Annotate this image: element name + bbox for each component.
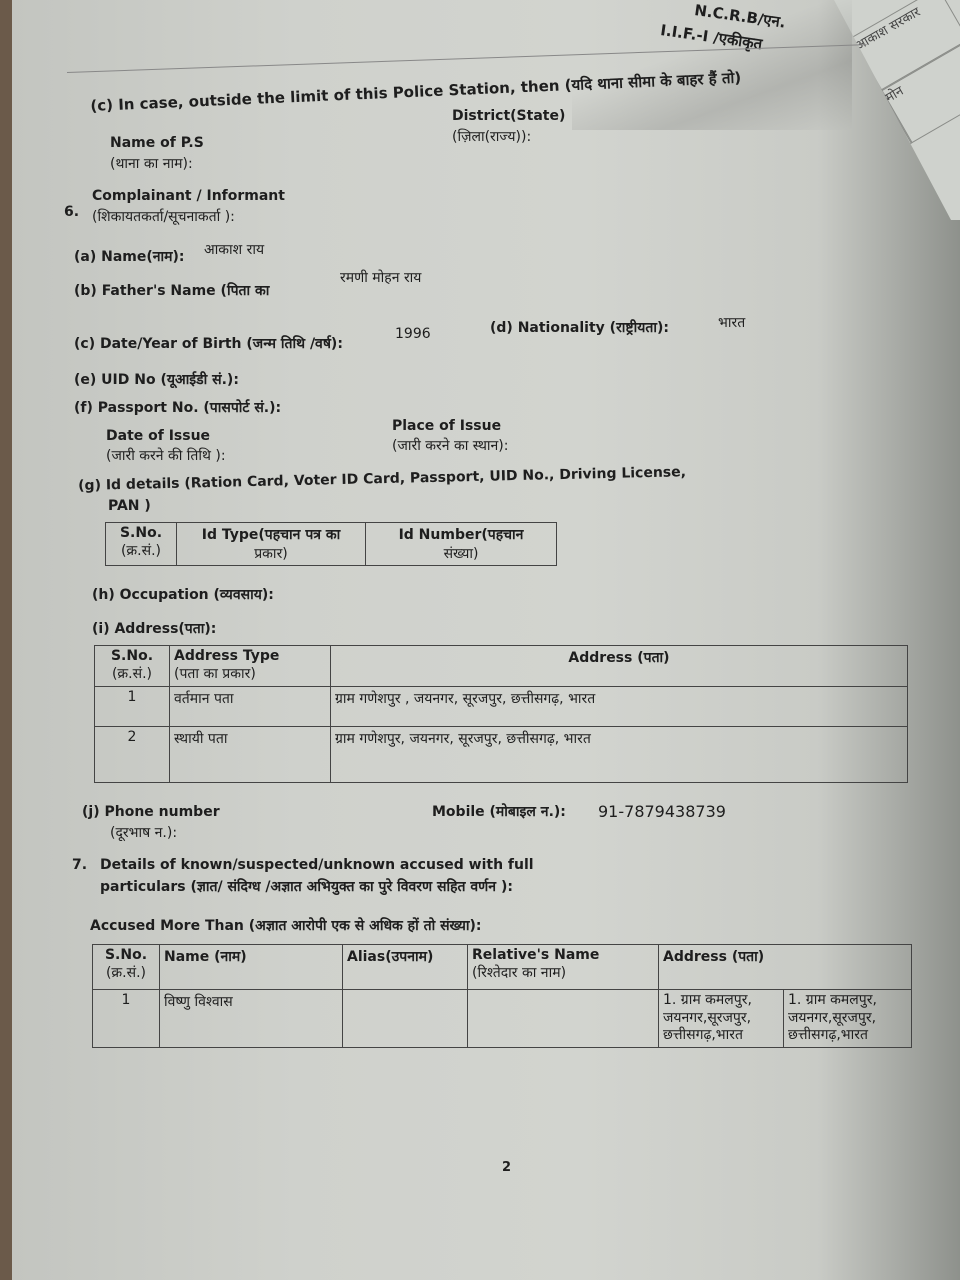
document-page: 2 3 आकाश सरकार मोन N.C.R.B/एन. I.I.F.-I … [12, 0, 960, 1280]
header-en: Address Type [174, 648, 326, 664]
header-en: S.No. [97, 947, 155, 963]
under-cell-text: मोन [883, 84, 906, 106]
page-number: 2 [502, 1160, 511, 1175]
header-en: Address (पता) [335, 648, 903, 667]
accused-col-alias: Alias(उपनाम) [343, 945, 468, 990]
header-en: Name (नाम) [164, 947, 338, 966]
id-col-sno: S.No.(क्र.सं.) [106, 523, 177, 566]
accused-address-1: 1. ग्राम कमलपुर, जयनगर,सूरजपुर, छत्तीसगढ… [659, 990, 784, 1048]
accused-col-sno: S.No.(क्र.सं.) [93, 945, 160, 990]
header-hi: संख्या) [370, 544, 552, 563]
table-row: 2 स्थायी पता ग्राम गणेशपुर, जयनगर, सूरजप… [95, 727, 908, 783]
accused-alias [343, 990, 468, 1048]
accused-name: विष्णु विश्वास [160, 990, 343, 1048]
ps-name-label-hi: (थाना का नाम): [110, 154, 193, 173]
place-issue-label-hi: (जारी करने का स्थान): [392, 436, 509, 455]
section-7-title-2: particulars (ज्ञात/ संदिग्ध /अज्ञात अभिय… [100, 877, 513, 896]
table-row: 1 वर्तमान पता ग्राम गणेशपुर , जयनगर, सूर… [95, 687, 908, 727]
phone-label-hi: (दूरभाष न.): [110, 823, 177, 842]
header-hi: प्रकार) [181, 544, 361, 563]
header-en: Alias(उपनाम) [347, 947, 463, 966]
section-7-title: Details of known/suspected/unknown accus… [100, 857, 534, 873]
section-c-label: (c) In case, outside the limit of this P… [90, 68, 742, 116]
header-rule [67, 44, 867, 73]
header-en: Relative's Name [472, 947, 654, 963]
accused-more-label: Accused More Than (अज्ञात आरोपी एक से अध… [90, 916, 482, 935]
father-name-label: (b) Father's Name (पिता का [74, 281, 269, 300]
accused-col-name: Name (नाम) [160, 945, 343, 990]
ps-name-label: Name of P.S [110, 135, 204, 151]
district-label-hi: (ज़िला(राज्य)): [452, 127, 531, 146]
header-hi: (क्र.सं.) [97, 963, 155, 982]
under-cell-text: आकाश सरकार [853, 5, 923, 54]
accused-sno: 1 [93, 990, 160, 1048]
table-header-row: S.No.(क्र.सं.) Name (नाम) Alias(उपनाम) R… [93, 945, 912, 990]
accused-col-relative: Relative's Name(रिश्तेदार का नाम) [468, 945, 659, 990]
header-hi: (क्र.सं.) [110, 541, 172, 560]
phone-label: (j) Phone number [82, 804, 220, 820]
underlying-page: 2 3 आकाश सरकार मोन [780, 0, 960, 220]
section-6-title: Complainant / Informant [92, 188, 285, 204]
header-hi: (रिश्तेदार का नाम) [472, 963, 654, 982]
header-en: Id Number(पहचान [370, 525, 552, 544]
addr-col-sno: S.No.(क्र.सं.) [95, 646, 170, 687]
address-type: स्थायी पता [170, 727, 331, 783]
header-hi: (पता का प्रकार) [174, 664, 326, 683]
address-sno: 2 [95, 727, 170, 783]
dob-label: (c) Date/Year of Birth (जन्म तिथि /वर्ष)… [74, 334, 343, 353]
header-hi: (क्र.सं.) [99, 664, 165, 683]
table-row: 1 विष्णु विश्वास 1. ग्राम कमलपुर, जयनगर,… [93, 990, 912, 1048]
section-7-number: 7. [72, 857, 87, 873]
complainant-name-value: आकाश राय [204, 240, 264, 259]
id-details-table: S.No.(क्र.सं.) Id Type(पहचान पत्र काप्रक… [105, 522, 557, 566]
section-6-number: 6. [64, 204, 79, 220]
nationality-value: भारत [718, 313, 745, 332]
date-issue-label: Date of Issue [106, 428, 210, 444]
accused-address-2: 1. ग्राम कमलपुर, जयनगर,सूरजपुर, छत्तीसगढ… [784, 990, 912, 1048]
address-value: ग्राम गणेशपुर, जयनगर, सूरजपुर, छत्तीसगढ़… [331, 727, 908, 783]
mobile-label: Mobile (मोबाइल न.): [432, 802, 566, 821]
under-cell-number: 2 [799, 64, 814, 81]
nationality-label: (d) Nationality (राष्ट्रीयता): [490, 318, 669, 337]
date-issue-label-hi: (जारी करने की तिथि ): [106, 446, 226, 465]
header-en: Address (पता) [663, 947, 907, 966]
id-details-label-2: PAN ) [108, 498, 151, 514]
table-header-row: S.No.(क्र.सं.) Address Type(पता का प्रका… [95, 646, 908, 687]
addr-col-address: Address (पता) [331, 646, 908, 687]
addr-col-type: Address Type(पता का प्रकार) [170, 646, 331, 687]
dob-value: 1996 [395, 326, 431, 342]
id-col-number: Id Number(पहचानसंख्या) [366, 523, 557, 566]
father-name-value: रमणी मोहन राय [340, 268, 421, 287]
id-details-label: (g) Id details (Ration Card, Voter ID Ca… [78, 464, 686, 494]
occupation-label: (h) Occupation (व्यवसाय): [92, 585, 274, 604]
address-label: (i) Address(पता): [92, 619, 216, 638]
header-en: S.No. [110, 525, 172, 541]
accused-col-address: Address (पता) [659, 945, 912, 990]
header-en: Id Type(पहचान पत्र का [181, 525, 361, 544]
uid-label: (e) UID No (यूआईडी सं.): [74, 370, 239, 389]
address-value: ग्राम गणेशपुर , जयनगर, सूरजपुर, छत्तीसगढ… [331, 687, 908, 727]
passport-label: (f) Passport No. (पासपोर्ट सं.): [74, 398, 281, 417]
address-type: वर्तमान पता [170, 687, 331, 727]
address-table: S.No.(क्र.सं.) Address Type(पता का प्रका… [94, 645, 908, 783]
accused-table: S.No.(क्र.सं.) Name (नाम) Alias(उपनाम) R… [92, 944, 912, 1048]
accused-relative [468, 990, 659, 1048]
header-en: S.No. [99, 648, 165, 664]
table-header-row: S.No.(क्र.सं.) Id Type(पहचान पत्र काप्रक… [106, 523, 557, 566]
id-col-type: Id Type(पहचान पत्र काप्रकार) [177, 523, 366, 566]
place-issue-label: Place of Issue [392, 418, 501, 434]
district-label: District(State) [452, 108, 565, 124]
complainant-name-label: (a) Name(नाम): [74, 247, 185, 266]
under-cell-number: 3 [829, 116, 844, 133]
mobile-value: 91-7879438739 [598, 802, 726, 821]
address-sno: 1 [95, 687, 170, 727]
section-6-title-hi: (शिकायतकर्ता/सूचनाकर्ता ): [92, 207, 235, 226]
